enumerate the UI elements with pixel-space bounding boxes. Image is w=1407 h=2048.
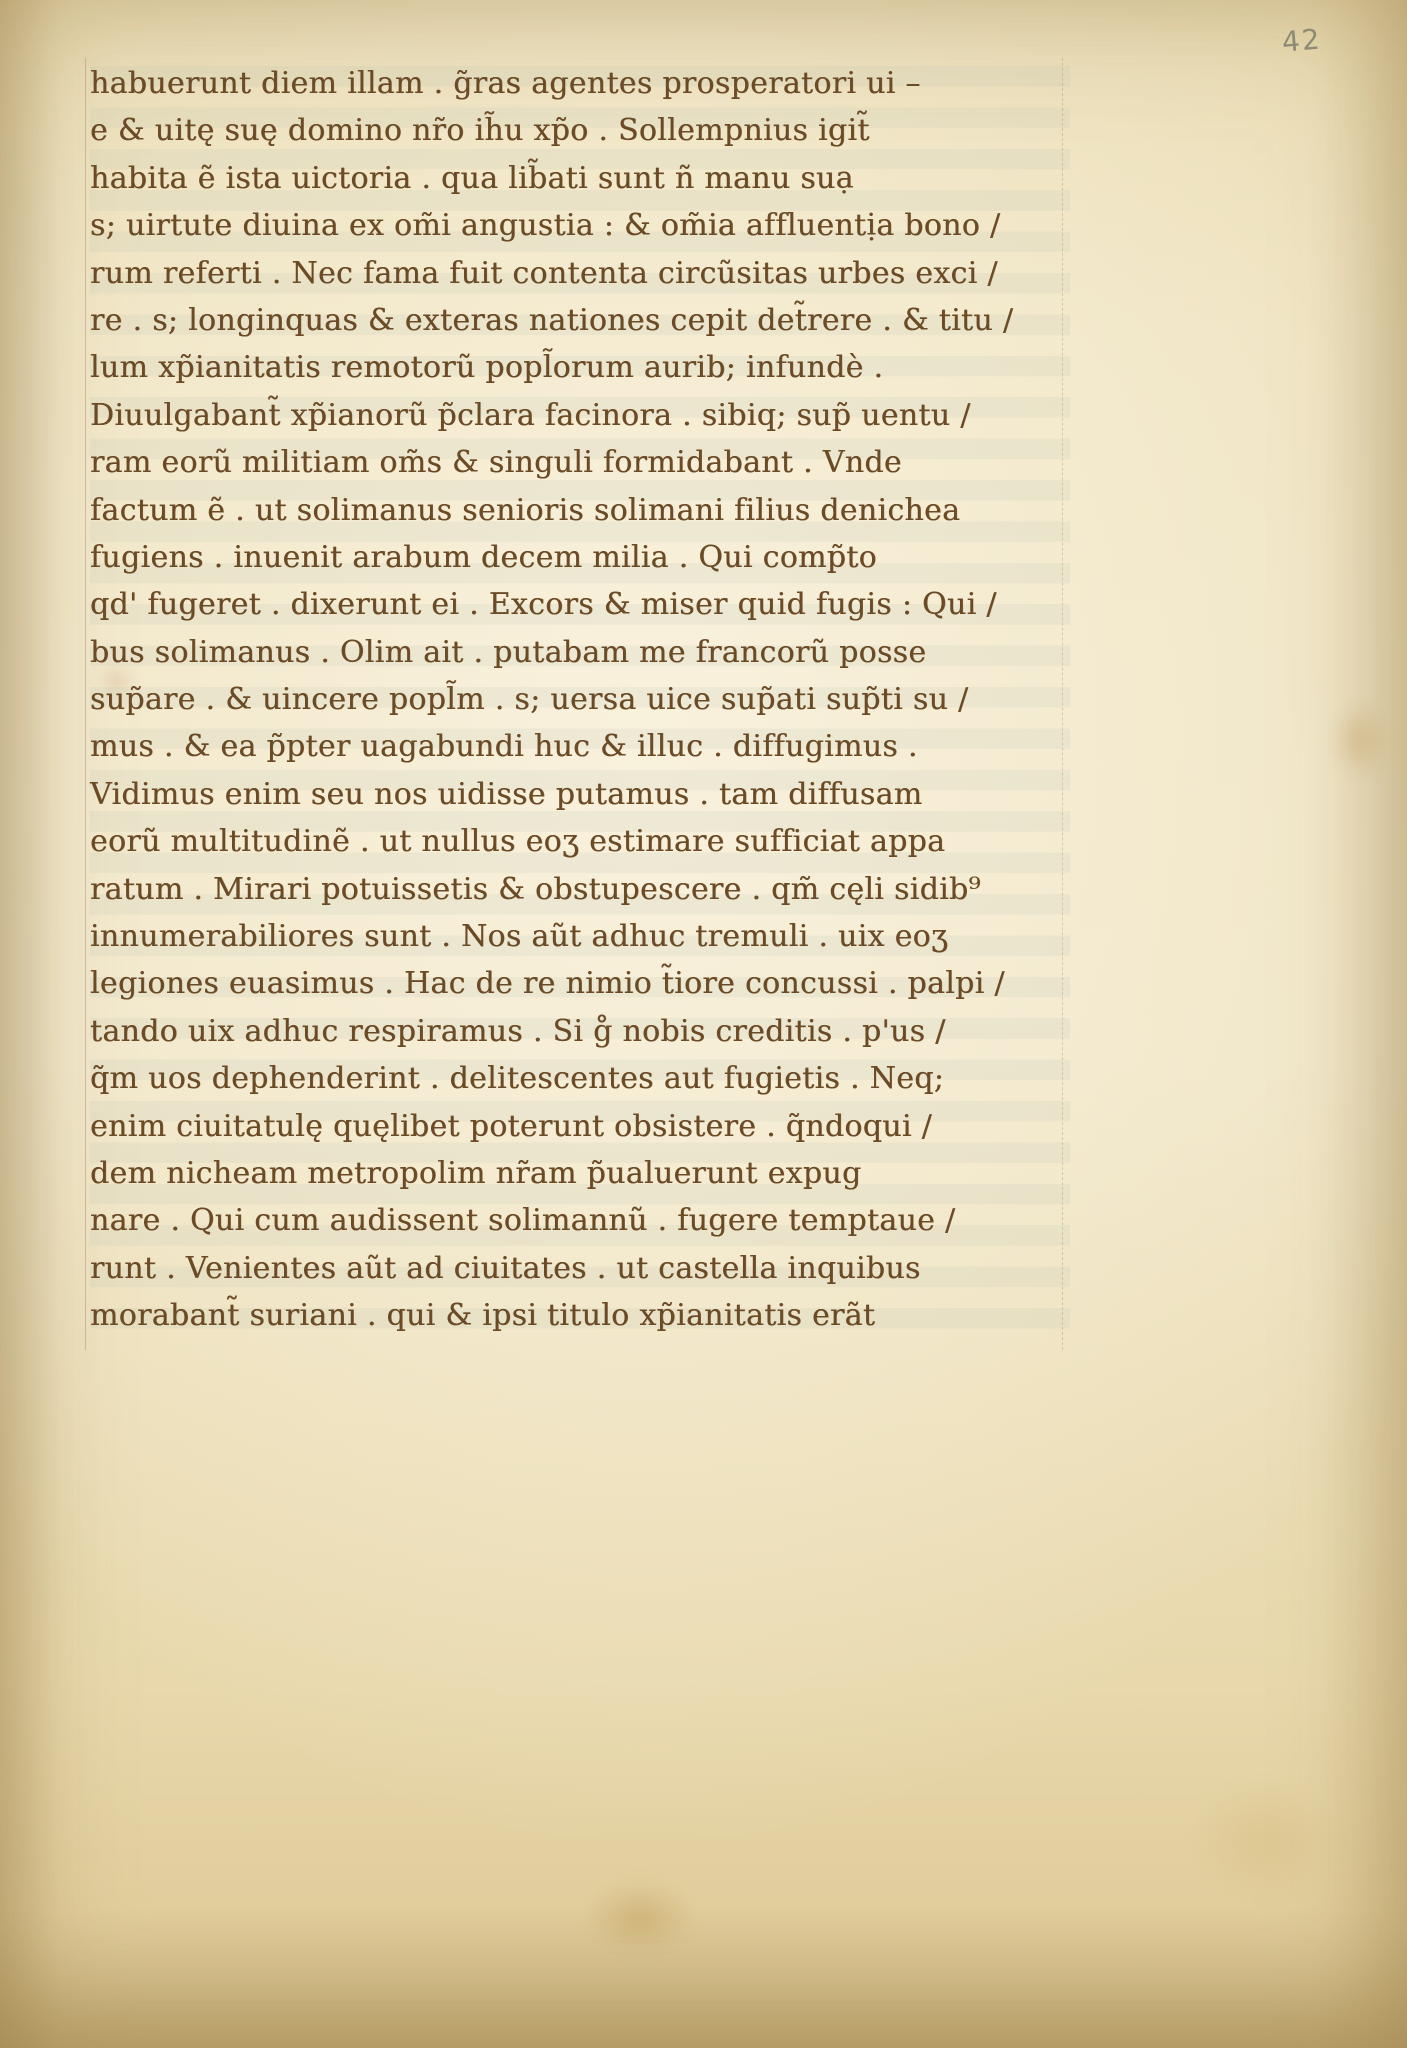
manuscript-line: Vidimus enim seu nos uidisse putamus . t… [90, 771, 1070, 818]
manuscript-line: runt . Venientes aũt ad ciuitates . ut c… [90, 1245, 1070, 1292]
manuscript-line: enim ciuitatulę quęlibet poterunt obsist… [90, 1103, 1070, 1150]
manuscript-line: e & uitę suę domino nr̃o ih̃u xp̃o . Sol… [90, 107, 1070, 154]
manuscript-line: mus . & ea p̃pter uagabundi huc & illuc … [90, 723, 1070, 770]
folio-number: 42 [1281, 22, 1323, 58]
manuscript-line: nare . Qui cum audissent solimannũ . fug… [90, 1197, 1070, 1244]
manuscript-line: lum xp̃ianitatis remotorũ popl̃orum auri… [90, 344, 1070, 391]
manuscript-line: qd' fugeret . dixerunt ei . Excors & mis… [90, 581, 1070, 628]
manuscript-line: habuerunt diem illam . g̃ras agentes pro… [90, 60, 1070, 107]
manuscript-line: dem nicheam metropolim nr̃am p̃ualuerunt… [90, 1150, 1070, 1197]
text-block: habuerunt diem illam . g̃ras agentes pro… [90, 60, 1070, 1340]
manuscript-line: q̃m uos dephenderint . delitescentes aut… [90, 1055, 1070, 1102]
manuscript-line: ram eorũ militiam om̃s & singuli formida… [90, 439, 1070, 486]
manuscript-line: factum ẽ . ut solimanus senioris soliman… [90, 487, 1070, 534]
manuscript-line: rum referti . Nec fama fuit contenta cir… [90, 250, 1070, 297]
manuscript-line: fugiens . inuenit arabum decem milia . Q… [90, 534, 1070, 581]
manuscript-line: ratum . Mirari potuissetis & obstupescer… [90, 866, 1070, 913]
parchment-stain [1190, 1780, 1340, 1900]
manuscript-line: tando uix adhuc respiramus . Si g̊ nobis… [90, 1008, 1070, 1055]
manuscript-line: s; uirtute diuina ex om̃i angustia : & o… [90, 202, 1070, 249]
manuscript-line: sup̃are . & uincere popl̃m . s; uersa ui… [90, 676, 1070, 723]
manuscript-line: morabant̃ suriani . qui & ipsi titulo xp… [90, 1292, 1070, 1339]
parchment-stain [585, 1880, 695, 1955]
ruling-line-left [85, 58, 86, 1350]
manuscript-line: re . s; longinquas & exteras nationes ce… [90, 297, 1070, 344]
manuscript-line: habita ẽ ista uictoria . qua lib̃ati sun… [90, 155, 1070, 202]
manuscript-line: eorũ multitudinẽ . ut nullus eoʒ estimar… [90, 818, 1070, 865]
parchment-stain [1330, 700, 1390, 780]
manuscript-line: bus solimanus . Olim ait . putabam me fr… [90, 629, 1070, 676]
manuscript-page: 42 habuerunt diem illam . g̃ras agentes … [0, 0, 1407, 2048]
manuscript-line: Diuulgabant̃ xp̃ianorũ p̃clara facinora … [90, 392, 1070, 439]
manuscript-line: innumerabiliores sunt . Nos aũt adhuc tr… [90, 913, 1070, 960]
manuscript-line: legiones euasimus . Hac de re nimio t̃io… [90, 960, 1070, 1007]
